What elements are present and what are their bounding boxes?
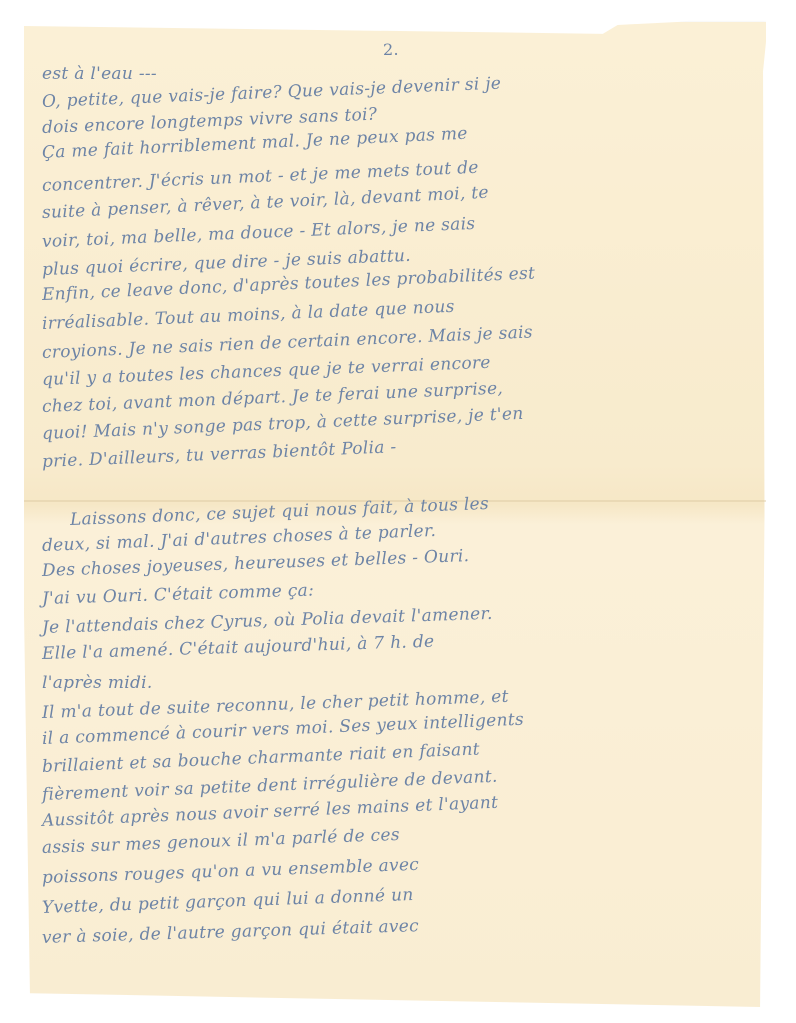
page-number: 2. xyxy=(383,40,399,59)
handwritten-line: l'après midi. xyxy=(42,673,153,693)
handwritten-line: est à l'eau --- xyxy=(42,64,157,84)
